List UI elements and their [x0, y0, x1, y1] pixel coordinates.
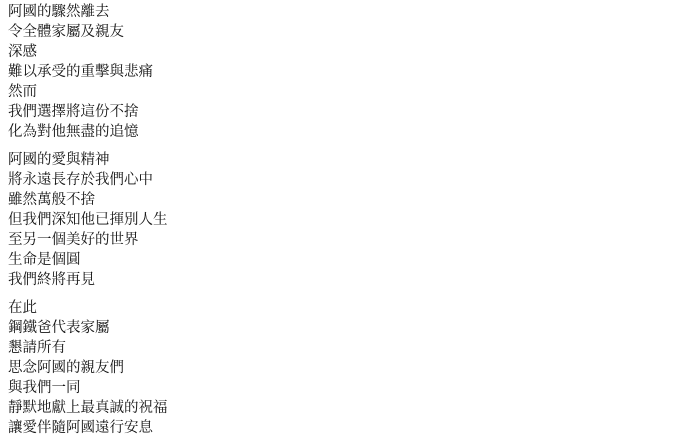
text-line: 將永遠長存於我們心中	[8, 170, 688, 190]
text-line: 深感	[8, 42, 688, 62]
stanza-3: 在此 鋼鐵爸代表家屬 懇請所有 思念阿國的親友們 與我們一同 靜默地獻上最真誠的…	[8, 298, 688, 437]
text-line: 生命是個圓	[8, 250, 688, 270]
text-line: 阿國的驟然離去	[8, 2, 688, 22]
text-line: 與我們一同	[8, 378, 688, 398]
text-line: 雖然萬般不捨	[8, 190, 688, 210]
text-line: 難以承受的重擊與悲痛	[8, 62, 688, 82]
text-line: 化為對他無盡的追憶	[8, 122, 688, 142]
stanza-2: 阿國的愛與精神 將永遠長存於我們心中 雖然萬般不捨 但我們深知他已揮別人生 至另…	[8, 150, 688, 290]
text-line: 我們選擇將這份不捨	[8, 102, 688, 122]
text-line: 令全體家屬及親友	[8, 22, 688, 42]
text-line: 至另一個美好的世界	[8, 230, 688, 250]
stanza-1: 阿國的驟然離去 令全體家屬及親友 深感 難以承受的重擊與悲痛 然而 我們選擇將這…	[8, 2, 688, 142]
memorial-text-page: 阿國的驟然離去 令全體家屬及親友 深感 難以承受的重擊與悲痛 然而 我們選擇將這…	[0, 0, 696, 437]
text-line: 我們終將再見	[8, 270, 688, 290]
text-line: 懇請所有	[8, 338, 688, 358]
text-line: 思念阿國的親友們	[8, 358, 688, 378]
text-line: 讓愛伴隨阿國遠行安息	[8, 418, 688, 437]
text-line: 但我們深知他已揮別人生	[8, 210, 688, 230]
text-line: 靜默地獻上最真誠的祝福	[8, 398, 688, 418]
text-line: 然而	[8, 82, 688, 102]
text-line: 在此	[8, 298, 688, 318]
text-line: 阿國的愛與精神	[8, 150, 688, 170]
text-line: 鋼鐵爸代表家屬	[8, 318, 688, 338]
